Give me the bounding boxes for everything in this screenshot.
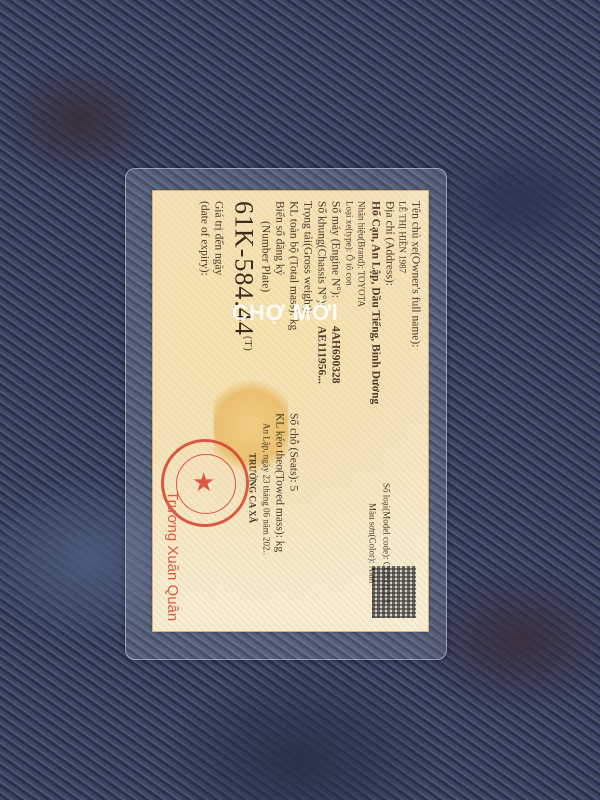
type-field: Loại xe(type): Ô tô con bbox=[344, 201, 353, 285]
owner-label: Tên chủ xe(Owner's full name): bbox=[409, 201, 421, 347]
plate-label-en: (Number Plate) bbox=[259, 221, 271, 292]
signer-name: Trương Xuân Quân bbox=[164, 491, 181, 621]
expiry-label: Giá trị đến ngày bbox=[212, 201, 224, 275]
watermark-logo: CHỢ MỚI bbox=[232, 300, 339, 326]
plate-label: Biển số đăng ký bbox=[273, 201, 285, 275]
chassis-label: Số khung(Chassis N°): bbox=[315, 201, 327, 307]
star-icon: ★ bbox=[192, 468, 215, 498]
gross-weight-label: Trọng tải(Gross weight): bbox=[301, 201, 313, 315]
expiry-label-en: (date of expiry): bbox=[198, 201, 210, 276]
plate-number: 61K-584.44(T) bbox=[228, 201, 258, 352]
address-value: Hố Cạn, An Lập, Dầu Tiếng, Bình Dương bbox=[369, 201, 381, 404]
address-label: Địa chỉ (Address): bbox=[383, 201, 395, 286]
brand-field: Nhãn hiệu(Brand): TOYOTA bbox=[356, 201, 365, 307]
card-content: Tên chủ xe(Owner's full name): LÊ THỊ HI… bbox=[153, 191, 428, 631]
engine-label: Số máy (Engine N°): bbox=[329, 201, 341, 298]
engine-value: 4AH690328 bbox=[329, 326, 341, 384]
owner-value: LÊ THỊ HIỀN 1987 bbox=[397, 201, 406, 273]
issue-date: An Lập, ngày 23 tháng 06 năm 202.. bbox=[261, 423, 270, 555]
qr-code bbox=[372, 566, 416, 618]
towed-mass-field: KL kéo theo(Towed mass): kg bbox=[273, 413, 285, 552]
seats-field: Số chỗ (Seats): 5 bbox=[287, 413, 299, 491]
chassis-value: AE111956... bbox=[315, 326, 327, 384]
